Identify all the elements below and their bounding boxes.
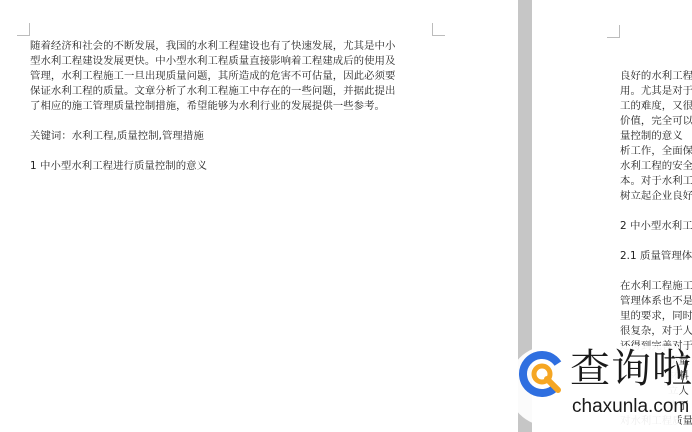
p2-line-6: 析工作，全面保 xyxy=(620,144,692,158)
margin-corner-top-left xyxy=(607,25,620,38)
abstract-line-1: 随着经济和社会的不断发展，我国的水利工程建设也有了快速发展，尤其是中小 xyxy=(30,39,395,53)
p2-line-3: 工的难度，又很 xyxy=(620,99,692,113)
p2-line-5: 量控制的意义 xyxy=(620,129,683,143)
p2-line-9: 树立起企业良好 xyxy=(620,189,692,203)
abstract-line-2: 型水利工程建设发展更快。中小型水利工程质量直接影响着工程建成后的使用及 xyxy=(30,54,395,68)
abstract-line-3: 管理，水利工程施工一旦出现质量问题，其所造成的危害不可估量，因此必须要 xyxy=(30,69,395,83)
abstract-line-5: 了相应的施工管理质量控制措施，希望能够为水利行业的发展提供一些参考。 xyxy=(30,99,385,113)
p2-line-8: 本。对于水利工 xyxy=(620,174,692,188)
p2-line-7: 水利工程的安全 xyxy=(620,159,692,173)
watermark-brand-name: 查询啦 xyxy=(570,344,692,394)
document-page-1[interactable]: 随着经济和社会的不断发展，我国的水利工程建设也有了快速发展，尤其是中小 型水利工… xyxy=(0,0,518,432)
p2-line-1: 良好的水利工程 xyxy=(620,69,692,83)
p2-line-2: 用。尤其是对于 xyxy=(620,84,692,98)
p2-line-11: 管理体系也不是 xyxy=(620,294,692,308)
p2-line-10: 在水利工程施工 xyxy=(620,279,692,293)
keywords-line: 关键词：水利工程,质量控制,管理措施 xyxy=(30,129,204,143)
abstract-line-4: 保证水利工程的质量。文章分析了水利工程施工中存在的一些问题，并据此提出 xyxy=(30,84,395,98)
section-heading-2: 2 中小型水利工 xyxy=(620,219,692,233)
section-heading-2-1: 2.1 质量管理体 xyxy=(620,249,692,263)
p2-line-4: 价值，完全可以 xyxy=(620,114,692,128)
watermark-brand-url: chaxunla.com xyxy=(572,396,689,418)
magnifier-logo-icon xyxy=(518,350,566,398)
site-watermark: 查询啦 chaxunla.com xyxy=(508,340,692,432)
margin-corner-top-right xyxy=(432,23,445,36)
p2-line-12: 里的要求，同时 xyxy=(620,309,692,323)
margin-corner-top-left xyxy=(17,23,30,36)
section-heading-1: 1 中小型水利工程进行质量控制的意义 xyxy=(30,159,207,173)
p2-line-13: 很复杂，对于人 xyxy=(620,324,692,338)
